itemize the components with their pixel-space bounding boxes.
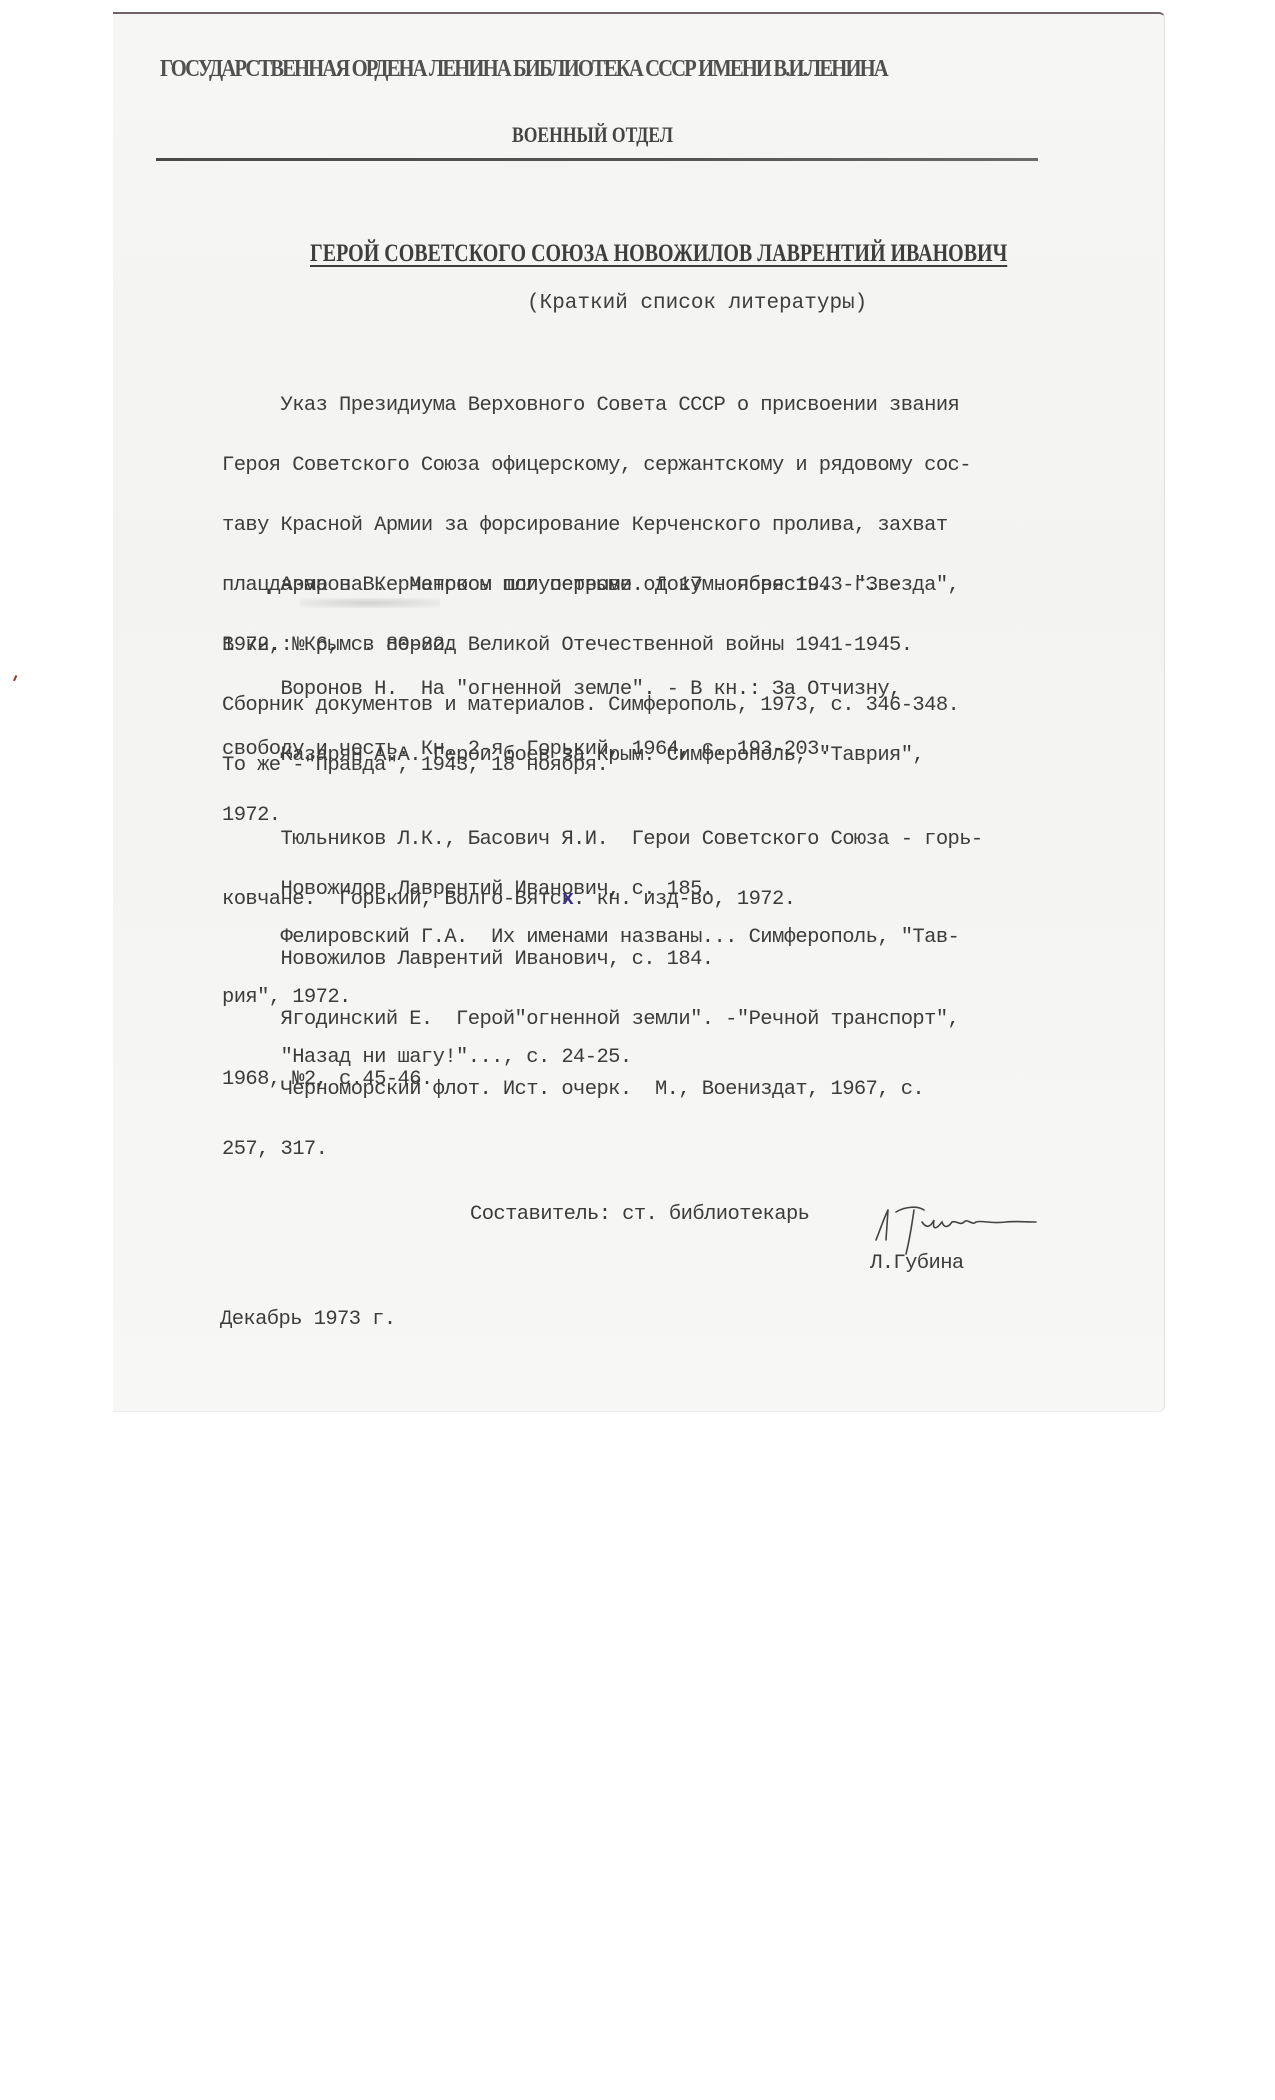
entry-line: Указ Президиума Верховного Совета СССР о… bbox=[222, 396, 971, 416]
bibliography-entry: Черноморский флот. Ист. очерк. М., Воени… bbox=[222, 1040, 924, 1180]
compiler-name: Л.Губина bbox=[870, 1254, 964, 1274]
entry-line: Ягодинский Е. Герой"огненной земли". -"Р… bbox=[222, 1010, 959, 1030]
stray-ink-mark bbox=[13, 675, 21, 683]
entry-line: Тюльников Л.К., Басович Я.И. Герои Совет… bbox=[222, 830, 983, 850]
document-title: ГЕРОЙ СОВЕТСКОГО СОЮЗА НОВОЖИЛОВ ЛАВРЕНТ… bbox=[310, 240, 1007, 268]
organization-header: ГОСУДАРСТВЕННАЯ ОРДЕНА ЛЕНИНА БИБЛИОТЕКА… bbox=[160, 56, 887, 83]
faded-smudge bbox=[300, 598, 440, 608]
header-rule bbox=[156, 158, 1038, 161]
compiler-label: Составитель: ст. библиотекарь bbox=[470, 1205, 809, 1225]
handwritten-signature bbox=[866, 1200, 1066, 1260]
entry-line: Воронов Н. На "огненной земле". - В кн.:… bbox=[222, 680, 901, 700]
ink-correction-mark: х bbox=[562, 888, 574, 911]
department-name: ВОЕННЫЙ ОТДЕЛ bbox=[512, 122, 673, 148]
entry-line: 257, 317. bbox=[222, 1140, 924, 1160]
entry-line: Азаров В. Матросы шли первыми. Докум. по… bbox=[222, 576, 959, 596]
document-date: Декабрь 1973 г. bbox=[220, 1310, 396, 1330]
entry-line: таву Красной Армии за форсирование Керче… bbox=[222, 516, 971, 536]
entry-line: Героя Советского Союза офицерскому, серж… bbox=[222, 456, 971, 476]
entry-line: Казарян А.А. Герои боев за Крым. Симферо… bbox=[222, 746, 924, 766]
entry-line: Черноморский флот. Ист. очерк. М., Воени… bbox=[222, 1080, 924, 1100]
entry-line: Фелировский Г.А. Их именами названы... С… bbox=[222, 928, 959, 948]
document-subtitle: (Краткий список литературы) bbox=[527, 292, 867, 315]
